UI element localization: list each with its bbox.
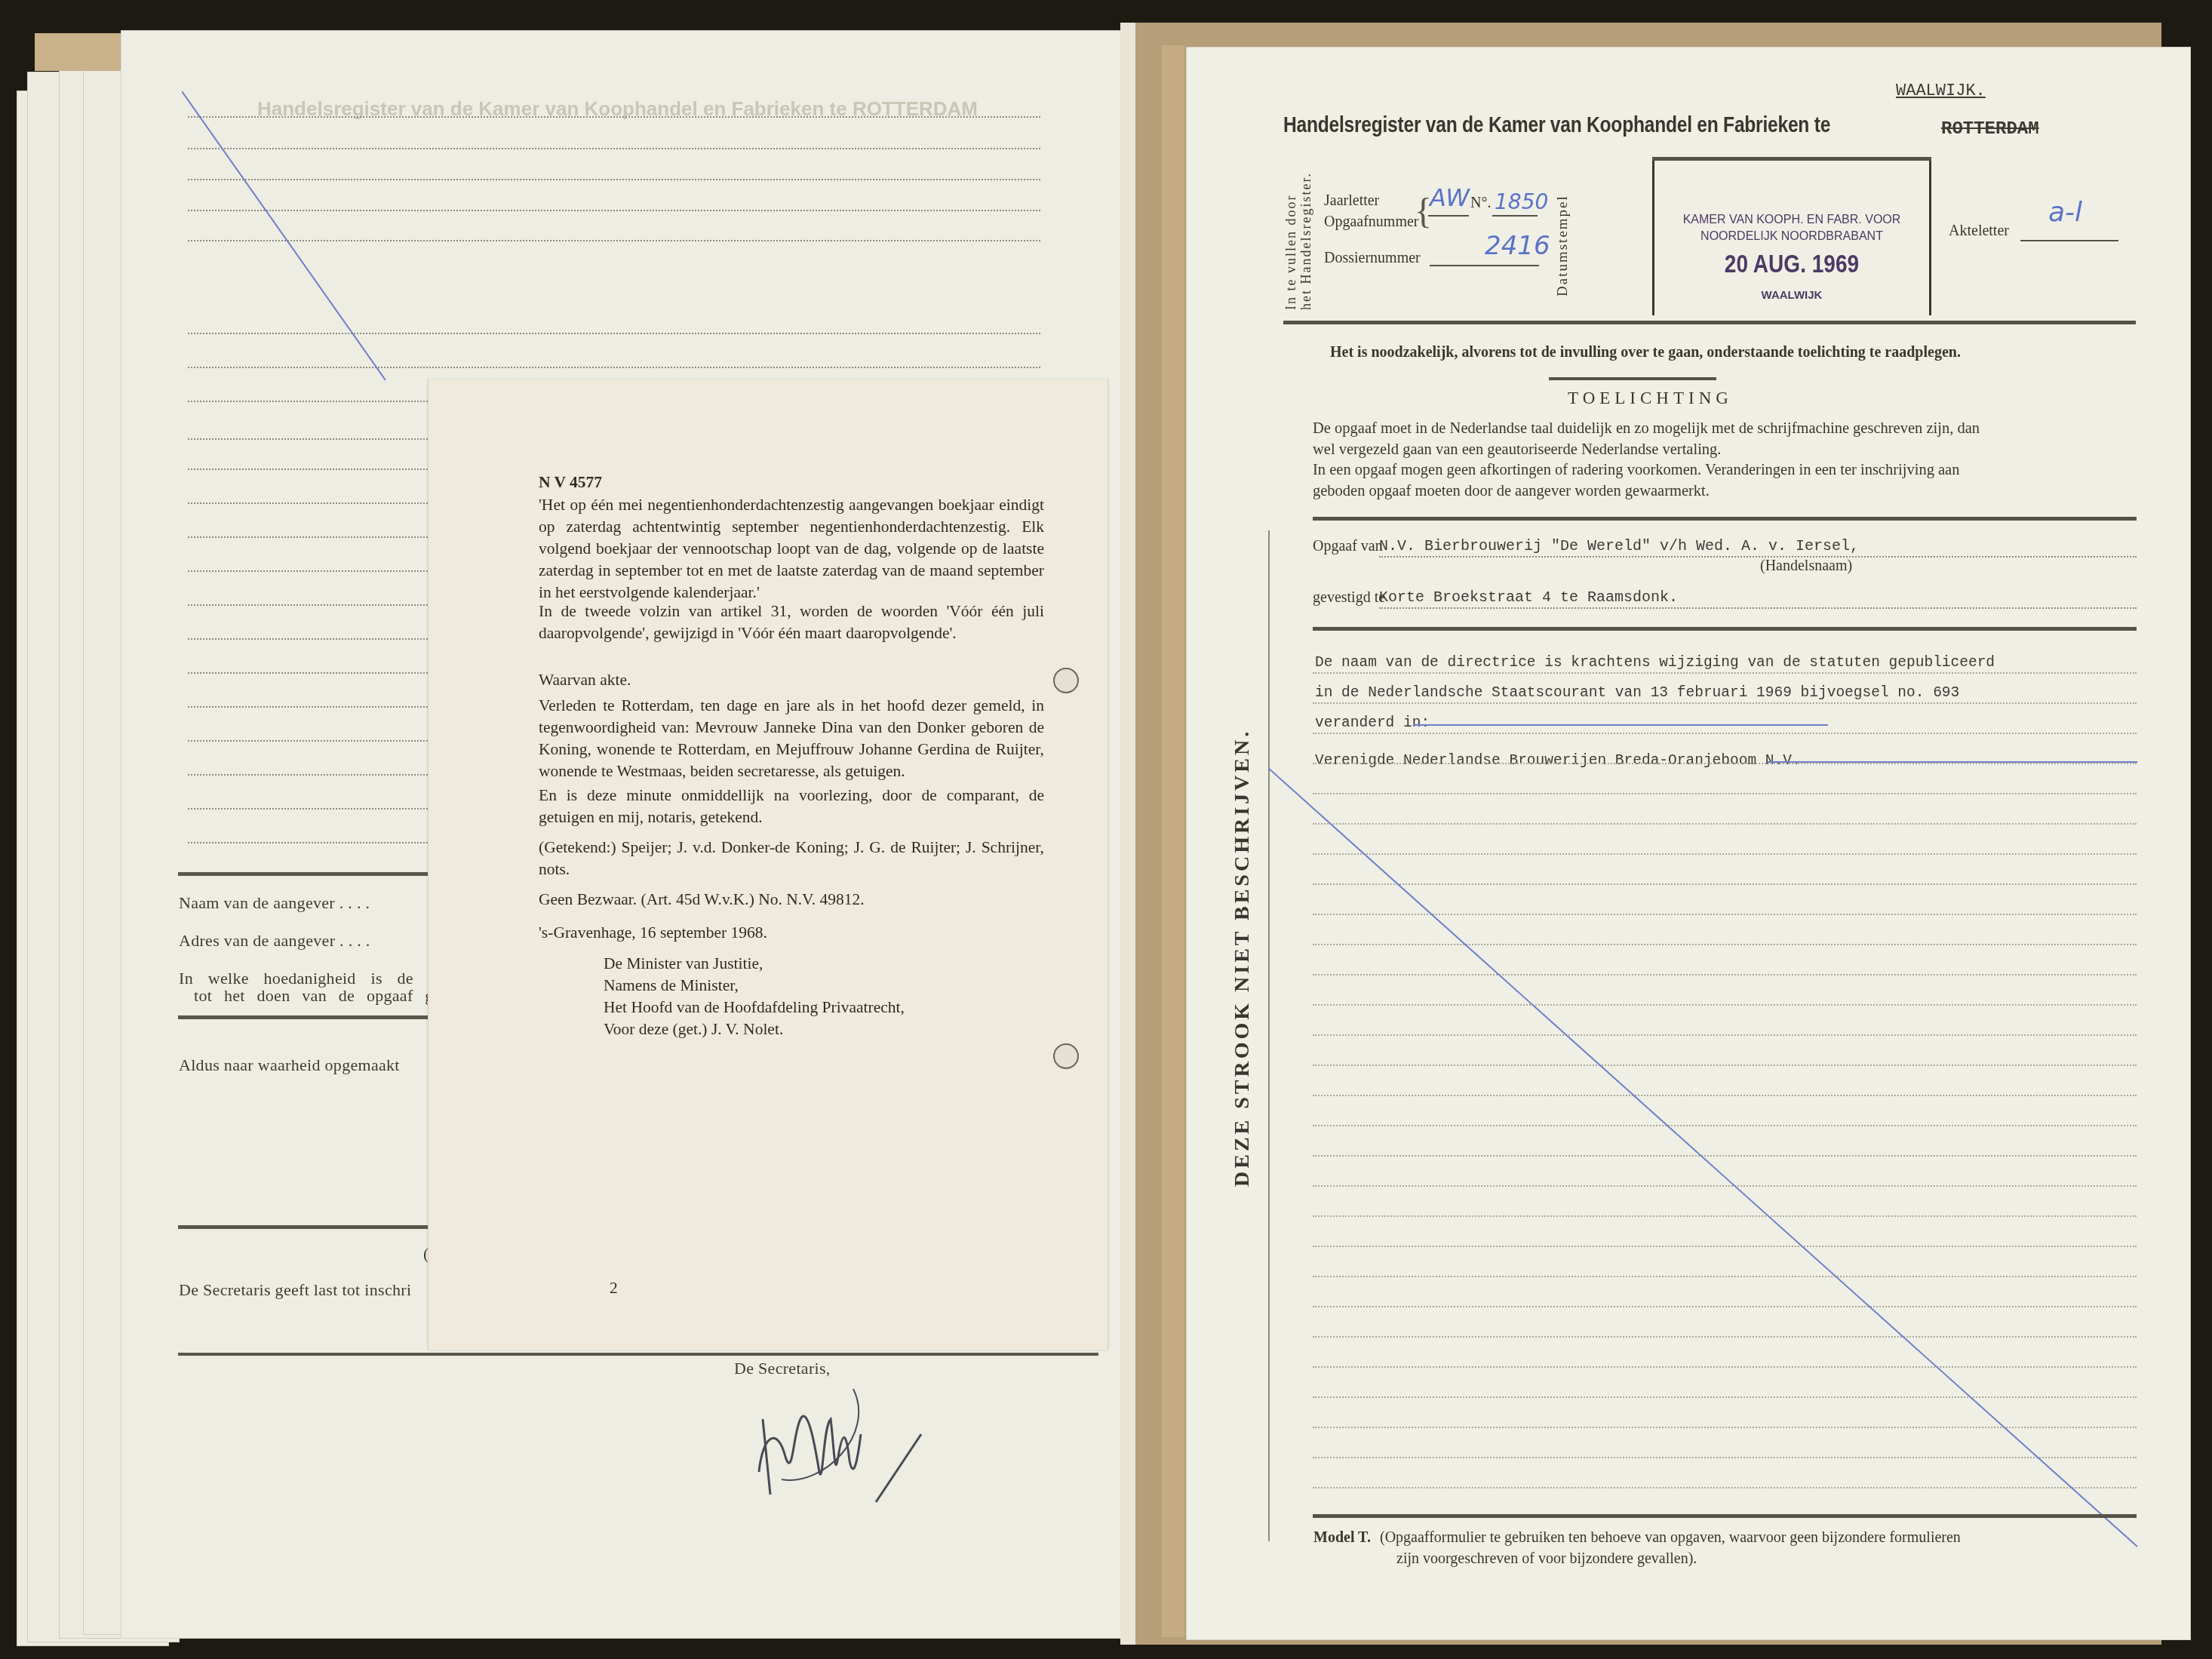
clipping-para-6: (Getekend:) Speijer; J. v.d. Donker-de K…: [539, 837, 1044, 880]
footer-divider: [1313, 1514, 2137, 1518]
folder-inner-edge: [1162, 45, 1184, 1637]
side-note-line-2: het Handelsregister.: [1298, 172, 1313, 310]
minister-line: Namens de Minister,: [604, 975, 739, 997]
akteletter-label: Akteletter: [1949, 223, 2009, 240]
page-number: 2: [610, 1277, 618, 1299]
toelichting-title: TOELICHTING: [1568, 389, 1733, 408]
side-note: In te vullen door het Handelsregister.: [1283, 172, 1313, 310]
no-label: N°.: [1470, 195, 1491, 212]
footer-model: Model T.: [1313, 1529, 1371, 1547]
clipping-para-5: En is deze minute onmiddellijk na voorle…: [539, 785, 1044, 828]
toelichting-line: In een opgaaf mogen geen afkortingen of …: [1313, 462, 1959, 479]
clipping-ref: N V 4577: [539, 472, 602, 493]
stamp-line-1: KAMER VAN KOOPH. EN FABR. VOOR: [1654, 214, 1929, 227]
right-form-page: WAALWIJK. Handelsregister van de Kamer v…: [1186, 47, 2191, 1640]
opgaafnummer-label: Opgaafnummer: [1324, 214, 1419, 231]
clipping-para-7: Geen Bezwaar. (Art. 45d W.v.K.) No. N.V.…: [539, 889, 865, 911]
notice-text: Het is noodzakelijk, alvorens tot de inv…: [1330, 344, 1961, 361]
stamp-box-top: [1652, 157, 1931, 161]
gevestigd-label: gevestigd te: [1313, 589, 1385, 607]
body-line[interactable]: Verenigde Nederlandse Brouwerijen Breda-…: [1315, 752, 1801, 769]
folder-corner: [35, 33, 125, 71]
closing-label: Aldus naar waarheid opgemaakt: [179, 1055, 400, 1075]
jaarletter-label: Jaarletter: [1324, 192, 1379, 210]
crossout-line: [1268, 768, 2143, 1553]
field-line: [1313, 733, 2137, 734]
section-divider: [1313, 517, 2137, 521]
toelichting-line: wel vergezeld gaan van een geautoriseerd…: [1313, 441, 1721, 459]
secretaris-instruction: De Secretaris geeft last tot inschri: [179, 1280, 411, 1300]
stamp-place: WAALWIJK: [1654, 289, 1929, 302]
secretaris-title: De Secretaris,: [734, 1359, 831, 1378]
punch-hole: [1053, 1043, 1079, 1069]
city-typed: WAALWIJK.: [1896, 81, 1986, 100]
folder-spine: [1120, 23, 1135, 1645]
footer-text-1: (Opgaafformulier te gebruiken ten behoev…: [1380, 1529, 1961, 1547]
divider-rule: [178, 1353, 1098, 1356]
signature: [748, 1389, 974, 1510]
punch-hole: [1053, 668, 1079, 693]
opgaaf-label: Opgaaf van: [1313, 538, 1383, 555]
field-line: [1313, 702, 2137, 704]
handelsnaam-caption: (Handelsnaam): [1760, 558, 1852, 575]
form-header-title: Handelsregister van de Kamer van Koophan…: [1283, 112, 1830, 138]
jaarletter-value: AW: [1430, 183, 1470, 212]
clipping-para-8: 's-Gravenhage, 16 september 1968.: [539, 922, 767, 944]
body-line[interactable]: veranderd in:: [1315, 714, 1430, 731]
field-line: [1428, 215, 1469, 217]
aangever-name-label: Naam van de aangever . . . .: [179, 893, 370, 913]
field-line: [1313, 763, 2137, 764]
minister-line: Het Hoofd van de Hoofdafdeling Privaatre…: [604, 997, 905, 1018]
ink-dash: [1413, 724, 1828, 726]
aangever-address-label: Adres van de aangever . . . .: [179, 931, 370, 951]
margin-warning: DEZE STROOK NIET BESCHRIJVEN.: [1230, 729, 1255, 1187]
body-line[interactable]: De naam van de directrice is krachtens w…: [1315, 654, 1995, 671]
clipping-para-2: In de tweede volzin van artikel 31, word…: [539, 601, 1044, 644]
header-divider: [1283, 321, 2136, 324]
clipping-para-3: Waarvan akte.: [539, 669, 631, 691]
dossiernummer-label: Dossiernummer: [1324, 250, 1421, 267]
footer-text-2: zijn voorgeschreven of voor bijzondere g…: [1396, 1550, 1697, 1568]
stamp-line-2: NOORDELIJK NOORDBRABANT: [1654, 230, 1929, 244]
field-line: [1430, 265, 1539, 266]
dossiernummer-value: 2416: [1485, 231, 1550, 261]
akteletter-value: a-l: [2048, 197, 2082, 228]
datumstempel-label: Datumstempel: [1555, 195, 1571, 296]
opgaaf-value[interactable]: N.V. Bierbrouwerij "De Wereld" v/h Wed. …: [1379, 538, 1859, 555]
hoedanigheid-label-2: tot het doen van de opgaaf g: [194, 986, 434, 1006]
field-line: [1379, 556, 2137, 558]
field-line: [1313, 672, 2137, 674]
stamp-date: 20 AUG. 1969: [1675, 250, 1908, 278]
opgaafnummer-value: 1850: [1495, 189, 1548, 214]
toelichting-line: geboden opgaaf moeten door de aangever w…: [1313, 483, 1710, 500]
field-line: [1492, 215, 1538, 217]
crossout-line: [182, 91, 408, 393]
clipping-para-4: Verleden te Rotterdam, ten dage en jare …: [539, 695, 1044, 782]
toelichting-line: De opgaaf moet in de Nederlandse taal du…: [1313, 420, 1980, 438]
side-note-line-1: In te vullen door: [1283, 172, 1298, 310]
field-line: [2020, 240, 2118, 241]
toelichting-rule: [1549, 377, 1716, 380]
minister-line: De Minister van Justitie,: [604, 953, 763, 975]
header-city-struck: ROTTERDAM: [1941, 119, 2039, 140]
minister-line: Voor deze (get.) J. V. Nolet.: [604, 1018, 783, 1040]
gevestigd-value[interactable]: Korte Broekstraat 4 te Raamsdonk.: [1379, 589, 1678, 607]
section-divider: [1313, 627, 2137, 631]
field-line: [1379, 607, 2137, 609]
clipping-para-1: 'Het op één mei negentienhonderdachtenze…: [539, 494, 1044, 604]
body-line[interactable]: in de Nederlandsche Staatscourant van 13…: [1315, 684, 1959, 701]
newspaper-clipping: N V 4577 'Het op één mei negentienhonder…: [428, 379, 1108, 1350]
